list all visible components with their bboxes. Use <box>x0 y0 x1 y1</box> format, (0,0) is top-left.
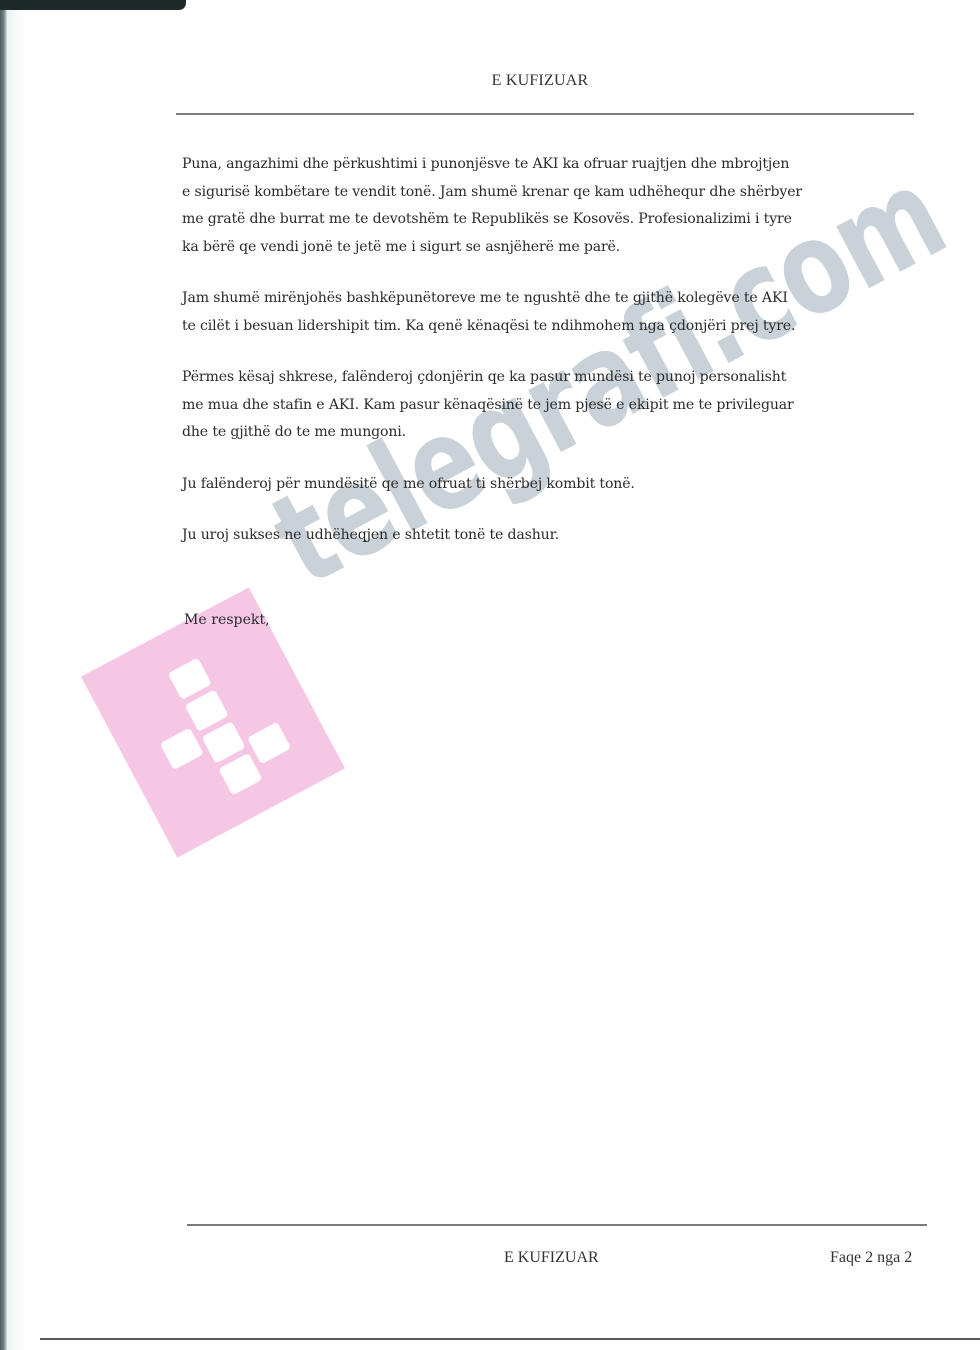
text-line: me gratë dhe burrat me te devotshëm te R… <box>182 206 922 234</box>
letter-body: Puna, angazhimi dhe përkushtimi i punonj… <box>182 151 922 574</box>
paragraph: Ju falënderoj për mundësitë qe me ofruat… <box>182 471 922 499</box>
text-line: Përmes kësaj shkrese, falënderoj çdonjër… <box>182 364 922 392</box>
text-line: e sigurisë kombëtare te vendit tonë. Jam… <box>182 179 922 207</box>
header-classification: E KUFIZUAR <box>0 72 970 90</box>
footer-classification: E KUFIZUAR <box>504 1249 599 1267</box>
closing-salutation: Me respekt, <box>184 612 270 628</box>
text-line: Ju uroj sukses ne udhëheqjen e shtetit t… <box>182 522 922 550</box>
paragraph: Puna, angazhimi dhe përkushtimi i punonj… <box>182 151 922 261</box>
text-line: Ju falënderoj për mundësitë qe me ofruat… <box>182 471 922 499</box>
scan-edge-top <box>0 0 186 10</box>
footer-divider <box>187 1224 927 1226</box>
text-line: me mua dhe stafin e AKI. Kam pasur kënaq… <box>182 392 922 420</box>
paragraph: Përmes kësaj shkrese, falënderoj çdonjër… <box>182 364 922 447</box>
paragraph: Ju uroj sukses ne udhëheqjen e shtetit t… <box>182 522 922 550</box>
page-number: Faqe 2 nga 2 <box>830 1249 912 1267</box>
text-line: te cilët i besuan lidershipit tim. Ka qe… <box>182 313 922 341</box>
scan-edge-shadow <box>7 0 25 1350</box>
scan-edge-left <box>0 0 7 1350</box>
header-divider <box>176 113 914 115</box>
paragraph: Jam shumë mirënjohës bashkëpunëtoreve me… <box>182 285 922 340</box>
text-line: Jam shumë mirënjohës bashkëpunëtoreve me… <box>182 285 922 313</box>
text-line: Puna, angazhimi dhe përkushtimi i punonj… <box>182 151 922 179</box>
text-line: ka bërë qe vendi jonë te jetë me i sigur… <box>182 234 922 262</box>
scan-edge-bottom <box>40 1338 980 1340</box>
text-line: dhe te gjithë do te me mungoni. <box>182 419 922 447</box>
